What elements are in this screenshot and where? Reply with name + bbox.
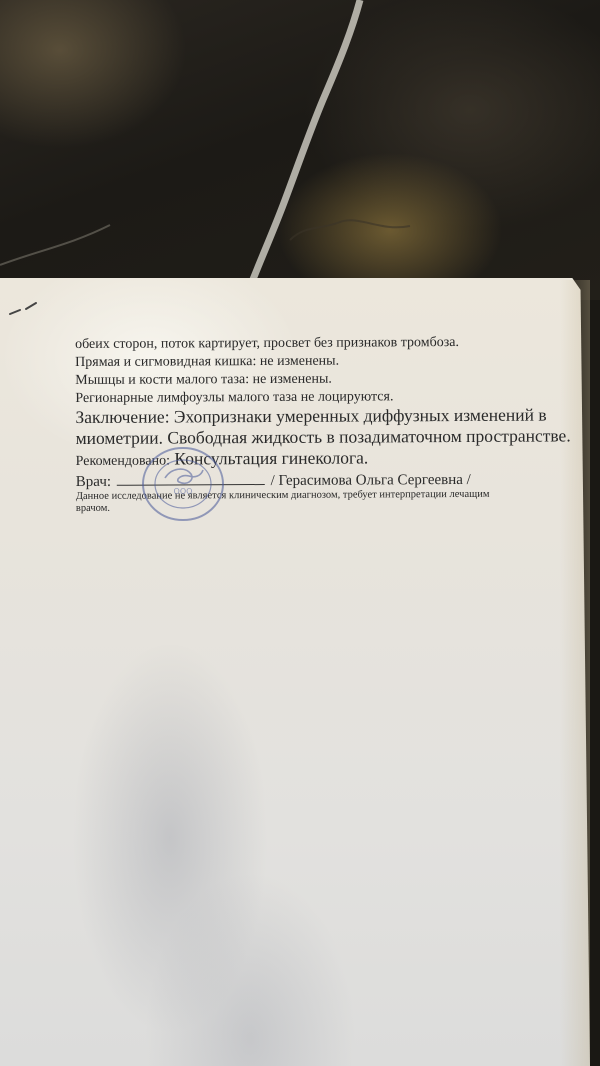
doctor-label: Врач:: [76, 474, 111, 490]
doctor-stamp-icon: ООО: [137, 444, 229, 524]
marble-vein: [0, 0, 600, 300]
svg-text:ООО: ООО: [174, 487, 193, 496]
doctor-name: / Герасимова Ольга Сергеевна /: [271, 472, 471, 489]
conclusion-line-1: Заключение: Эхопризнаки умеренных диффуз…: [75, 404, 575, 428]
pen-mark: [6, 300, 40, 318]
